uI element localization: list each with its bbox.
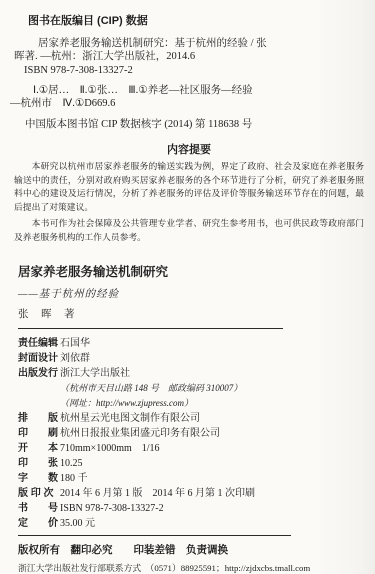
imprint-row-word-count: 字 数180 千 (18, 471, 368, 486)
divider-line-top (18, 328, 283, 329)
publisher-address: （杭州市天目山路 148 号 邮政编码 310007） (60, 381, 368, 396)
imprint-row-cover-design: 封面设计刘依群 (18, 351, 368, 366)
imprint-label: 出版发行 (18, 366, 60, 381)
cip-classification: Ⅰ.①居… Ⅱ.①张… Ⅲ.①养老—社区服务—经验 —杭州市 Ⅳ.①D669.6 (10, 84, 368, 110)
imprint-value: 10.25 (60, 458, 83, 469)
book-copyright-page: 图书在版编目 (CIP) 数据 居家养老服务输送机制研究：基于杭州的经验 / 张… (0, 0, 375, 574)
imprint-value: 杭州日报报业集团盛元印务有限公司 (60, 428, 220, 439)
imprint-row-editor: 责任编辑石国华 (18, 336, 368, 351)
cip-isbn: ISBN 978-7-308-13327-2 (24, 64, 368, 77)
imprint-table: 责任编辑石国华 封面设计刘依群 出版发行浙江大学出版社 （杭州市天目山路 148… (18, 336, 368, 531)
imprint-value: 2014 年 6 月第 1 版 2014 年 6 月第 1 次印刷 (60, 488, 255, 499)
imprint-label: 定 价 (18, 516, 60, 531)
publisher-website: （网址：http://www.zjupress.com） (60, 396, 368, 411)
book-title: 居家养老服务输送机制研究 (18, 265, 368, 280)
imprint-value: ISBN 978-7-308-13327-2 (60, 503, 164, 514)
cip-record-line2: 晖著. —杭州：浙江大学出版社，2014.6 (14, 50, 368, 63)
imprint-label: 印 刷 (18, 426, 60, 441)
imprint-value: 石国华 (60, 338, 90, 349)
imprint-label: 责任编辑 (18, 336, 60, 351)
imprint-label: 版 印 次 (18, 486, 60, 501)
imprint-row-printing: 印 刷杭州日报报业集团盛元印务有限公司 (18, 426, 368, 441)
imprint-value: 180 千 (60, 473, 88, 484)
imprint-label: 书 号 (18, 501, 60, 516)
imprint-value: 杭州星云光电图文制作有限公司 (60, 413, 200, 424)
imprint-label: 封面设计 (18, 351, 60, 366)
publisher-contact: 浙江大学出版社发行部联系方式 （0571）88925591；http://zjd… (18, 562, 368, 574)
abstract-heading: 内容提要 (10, 143, 368, 157)
book-author: 张 晖 著 (18, 308, 368, 321)
cip-class-line2: —杭州市 Ⅳ.①D669.6 (10, 97, 368, 110)
imprint-row-isbn: 书 号ISBN 978-7-308-13327-2 (18, 501, 368, 516)
imprint-value: 浙江大学出版社 (60, 368, 130, 379)
imprint-value: 刘依群 (60, 353, 90, 364)
abstract-paragraph-2: 本书可作为社会保障及公共管理专业学者、研究生参考用书，也可供民政等政府部门及养老… (14, 217, 364, 244)
cip-heading: 图书在版编目 (CIP) 数据 (28, 14, 368, 28)
imprint-label: 字 数 (18, 471, 60, 486)
book-subtitle: ——基于杭州的经验 (18, 288, 368, 301)
imprint-row-publisher: 出版发行浙江大学出版社 (18, 366, 368, 381)
imprint-row-edition: 版 印 次2014 年 6 月第 1 版 2014 年 6 月第 1 次印刷 (18, 486, 368, 501)
cip-record-line1: 居家养老服务输送机制研究：基于杭州的经验 / 张 (38, 37, 368, 50)
imprint-value: 710mm×1000mm 1/16 (60, 443, 160, 454)
title-block: 居家养老服务输送机制研究 ——基于杭州的经验 张 晖 著 (18, 265, 368, 321)
imprint-row-price: 定 价35.00 元 (18, 516, 368, 531)
imprint-value: 35.00 元 (60, 518, 95, 529)
imprint-row-sheets: 印 张10.25 (18, 456, 368, 471)
abstract-paragraph-1: 本研究以杭州市居家养老服务的输送实践为例，界定了政府、社会及家庭在养老服务输送中… (14, 160, 364, 214)
cip-registry-number: 中国版本图书馆 CIP 数据核字 (2014) 第 118638 号 (25, 118, 368, 131)
imprint-label: 排 版 (18, 411, 60, 426)
cip-class-line1: Ⅰ.①居… Ⅱ.①张… Ⅲ.①养老—社区服务—经验 (33, 84, 368, 97)
copyright-notice: 版权所有 翻印必究 印装差错 负责调换 (18, 543, 368, 557)
cip-record: 居家养老服务输送机制研究：基于杭州的经验 / 张 晖著. —杭州：浙江大学出版社… (10, 37, 368, 63)
imprint-row-typesetting: 排 版杭州星云光电图文制作有限公司 (18, 411, 368, 426)
imprint-row-format: 开 本710mm×1000mm 1/16 (18, 441, 368, 456)
imprint-label: 印 张 (18, 456, 60, 471)
imprint-label: 开 本 (18, 441, 60, 456)
divider-line-bottom (18, 535, 291, 536)
